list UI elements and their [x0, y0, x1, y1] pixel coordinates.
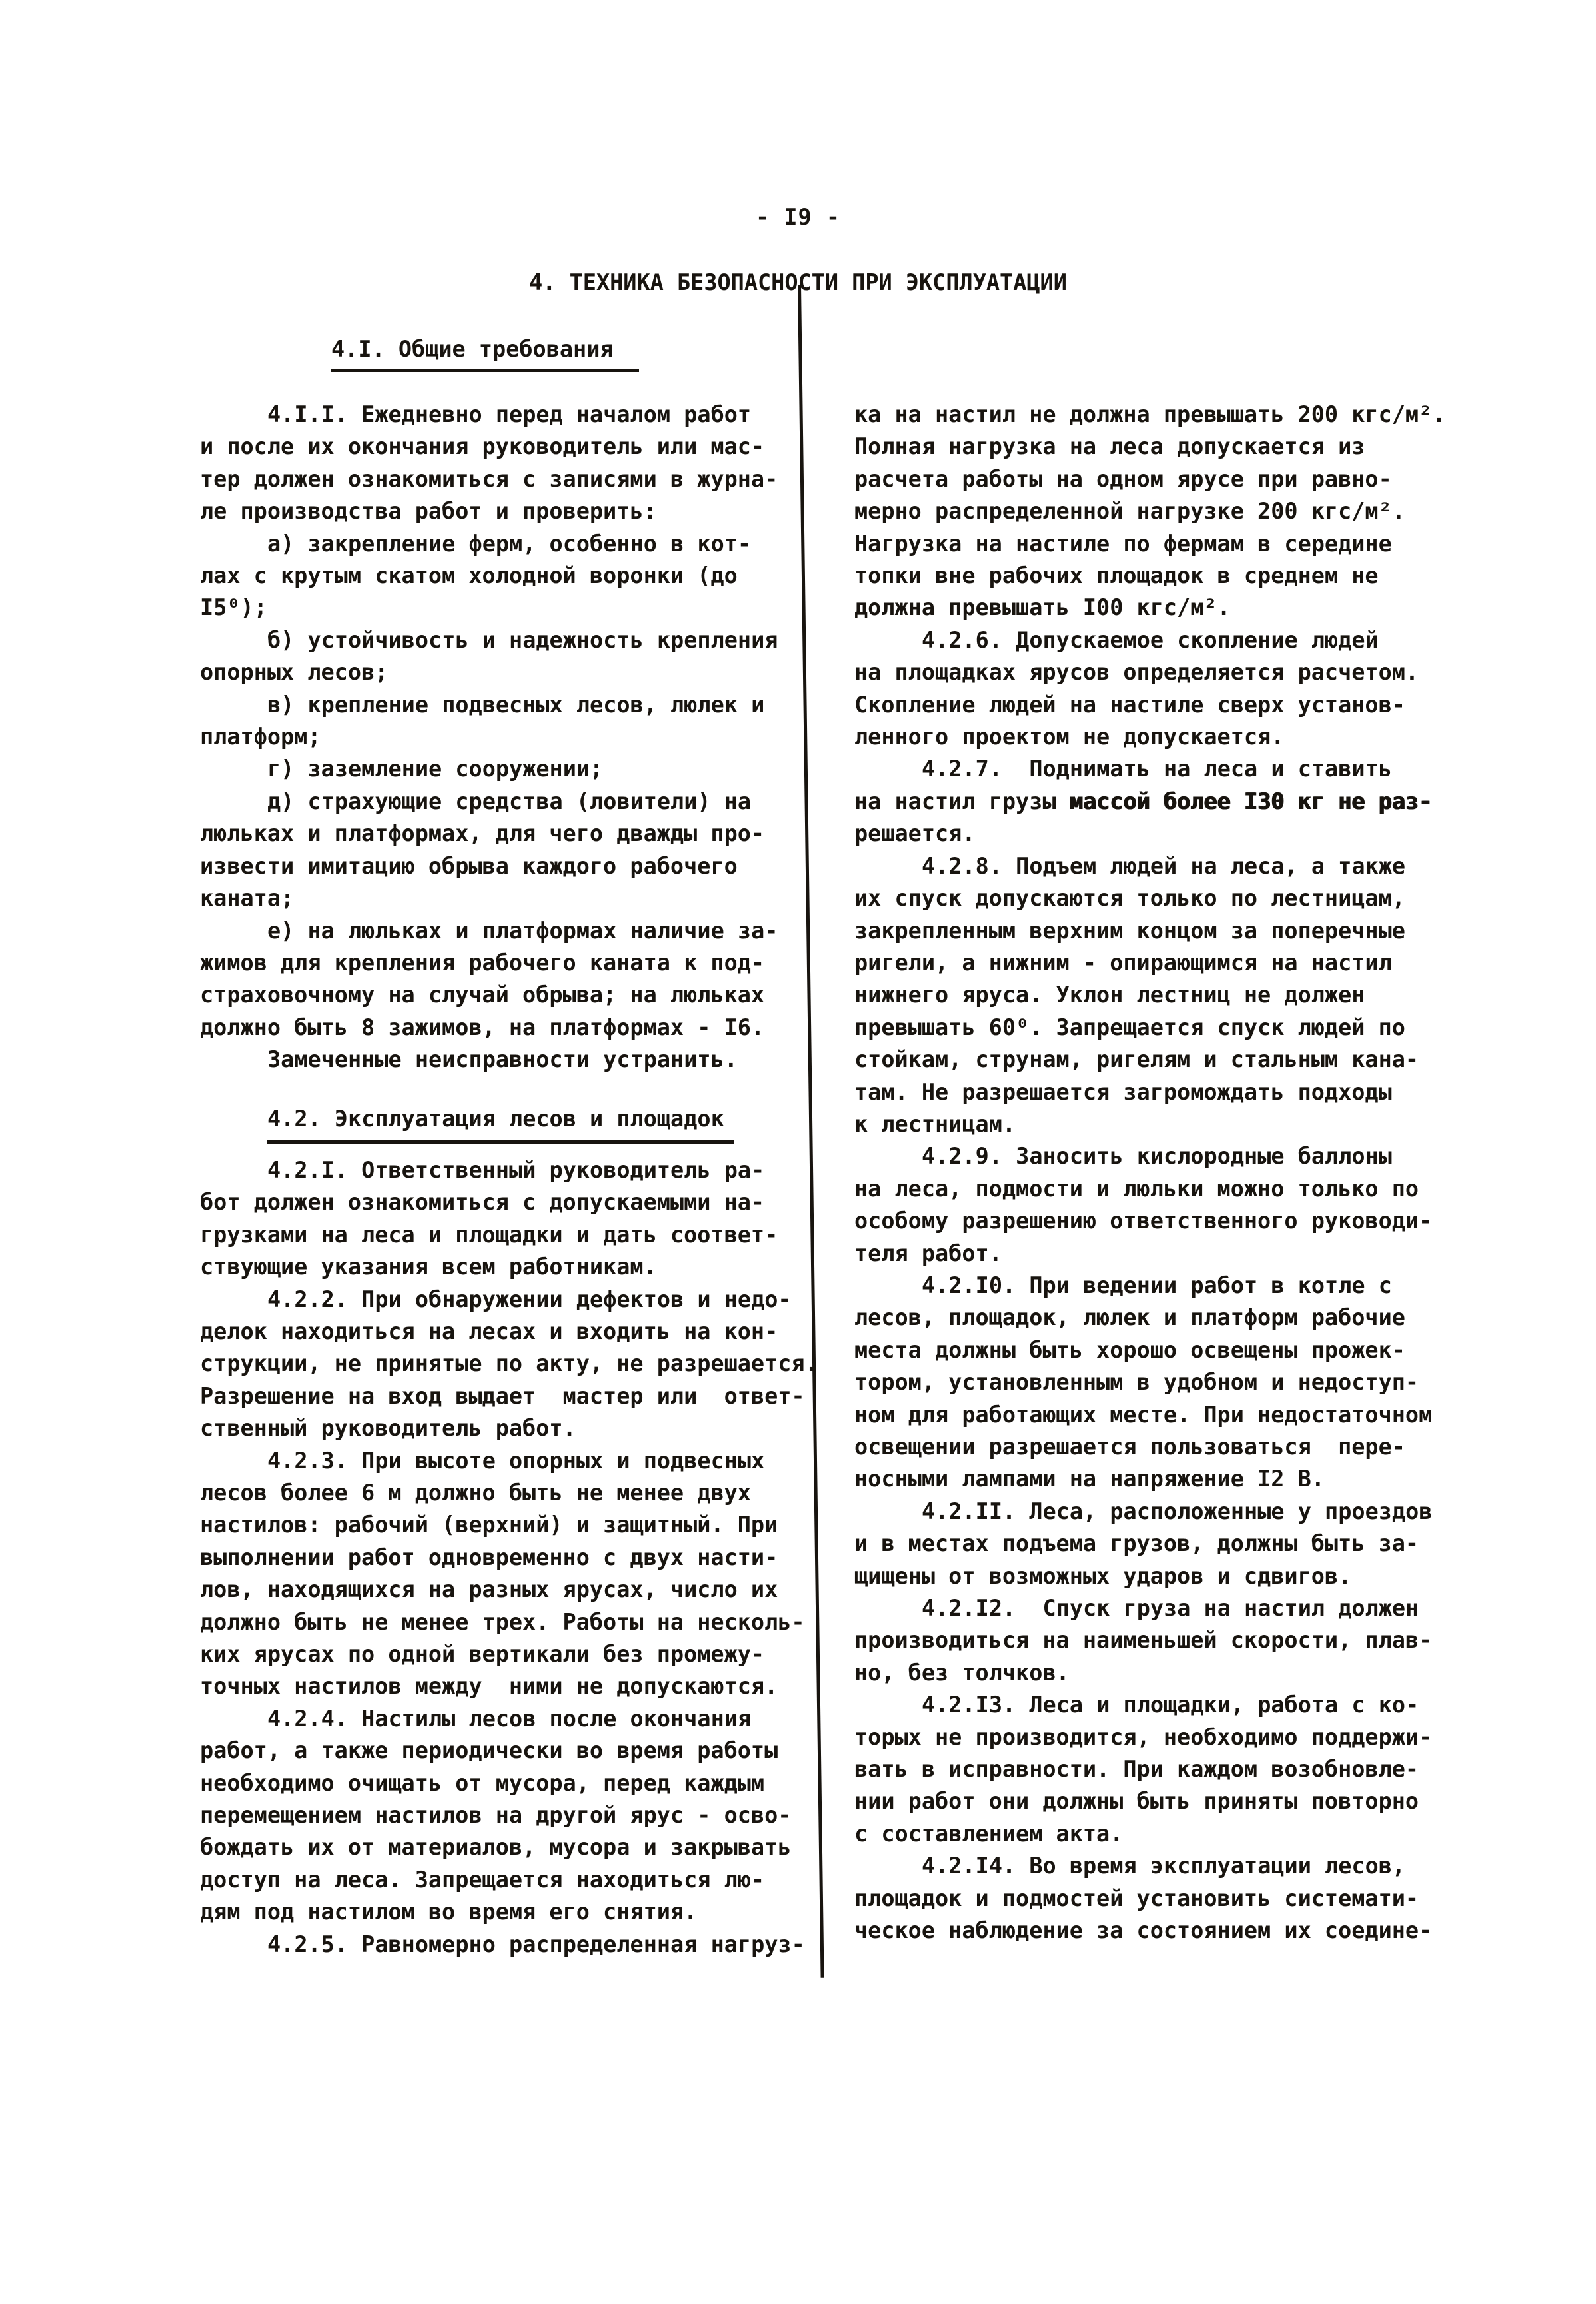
line-text: 4.2.4. Настилы лесов после окончания: [267, 1706, 751, 1731]
text-line: ствующие указания всем работникам.: [200, 1251, 820, 1283]
text-line: жимов для крепления рабочего каната к по…: [200, 947, 820, 979]
line-text: лесов, площадок, люлек и платформ рабочи…: [854, 1304, 1405, 1330]
line-text: бот должен ознакомиться с допускаемыми н…: [200, 1189, 764, 1215]
text-line: 4.I.I. Ежедневно перед началом работ: [200, 399, 820, 431]
line-text: Нагрузка на настиле по фермам в середине: [854, 531, 1392, 557]
line-text: 4.2.9. Заносить кислородные баллоны: [922, 1143, 1392, 1169]
line-text: Замеченные неисправности устранить.: [267, 1046, 738, 1072]
line-text: ка на настил не должна превышать 200 кгс…: [854, 401, 1445, 427]
line-text: 4.2.8. Подъем людей на леса, а также: [922, 853, 1405, 879]
text-line: на леса, подмости и люльки можно только …: [854, 1173, 1457, 1205]
text-line: к лестницам.: [854, 1108, 1457, 1140]
line-text: мерно распределенной нагрузке 200 кгс/м²…: [854, 498, 1405, 524]
line-text: б) устойчивость и надежность крепления: [267, 627, 778, 653]
line-text: 4.2.7. Поднимать на леса и ставить: [922, 756, 1392, 782]
line-text: 4.2.I3. Леса и площадки, работа с ко-: [922, 1692, 1419, 1718]
text-line: должно быть 8 зажимов, на платформах - I…: [200, 1012, 820, 1044]
line-text: и в местах подъема грузов, должны быть з…: [854, 1530, 1419, 1556]
line-text: люльках и платформах, для чего дважды пр…: [200, 820, 764, 846]
text-line: решается.: [854, 818, 1457, 850]
line-text: д) страхующие средства (ловители) на: [267, 788, 751, 814]
line-text: нии работ они должны быть приняты повтор…: [854, 1788, 1419, 1814]
line-text: ригели, а нижним - опирающимся на настил: [854, 950, 1392, 976]
text-line: щищены от возможных ударов и сдвигов.: [854, 1560, 1457, 1592]
text-line: торых не производится, необходимо поддер…: [854, 1722, 1457, 1753]
text-line: делок находиться на лесах и входить на к…: [200, 1316, 820, 1348]
text-line: ле производства работ и проверить:: [200, 495, 820, 527]
line-text: там. Не разрешается загромождать подходы: [854, 1079, 1392, 1105]
scanned-document-page: - I9 - 4. ТЕХНИКА БЕЗОПАСНОСТИ ПРИ ЭКСПЛ…: [0, 0, 1596, 2304]
text-line: 4.2.I3. Леса и площадки, работа с ко-: [854, 1689, 1457, 1721]
subsection-heading: 4.2. Эксплуатация лесов и площадок: [200, 1103, 820, 1144]
line-text: расчета работы на одном ярусе при равно-: [854, 466, 1392, 492]
line-text: лах с крутым скатом холодной воронки (до: [200, 563, 738, 588]
line-text: 4.2.I. Ответственный руководитель ра-: [267, 1157, 764, 1183]
text-line: опорных лесов;: [200, 656, 820, 688]
line-text: ленного проектом не допускается.: [854, 724, 1284, 750]
line-text: и после их окончания руководитель или ма…: [200, 433, 764, 459]
text-line: ственный руководитель работ.: [200, 1412, 820, 1444]
text-line: люльках и платформах, для чего дважды пр…: [200, 818, 820, 850]
text-line: дям под настилом во время его снятия.: [200, 1896, 820, 1928]
line-text: топки вне рабочих площадок в среднем не: [854, 563, 1379, 588]
text-line: ригели, а нижним - опирающимся на настил: [854, 947, 1457, 979]
line-text: ственный руководитель работ.: [200, 1415, 576, 1441]
text-line: д) страхующие средства (ловители) на: [200, 786, 820, 818]
line-text: на леса, подмости и люльки можно только …: [854, 1176, 1419, 1202]
line-text: лесов более 6 м должно быть не менее дву…: [200, 1480, 751, 1506]
line-text: торых не производится, необходимо поддер…: [854, 1724, 1432, 1750]
text-line: I5⁰);: [200, 592, 820, 624]
text-line: площадок и подмостей установить системат…: [854, 1883, 1457, 1915]
text-line: теля работ.: [854, 1238, 1457, 1270]
line-text: 4.2.I4. Во время эксплуатации лесов,: [922, 1853, 1405, 1879]
line-text: ких ярусах по одной вертикали без промеж…: [200, 1641, 764, 1667]
text-line: ленного проектом не допускается.: [854, 721, 1457, 753]
line-text: теля работ.: [854, 1240, 1002, 1266]
text-line: особому разрешению ответственного руково…: [854, 1205, 1457, 1237]
left-column: 4.I.I. Ежедневно перед началом работи по…: [200, 399, 820, 1961]
text-line: бот должен ознакомиться с допускаемыми н…: [200, 1186, 820, 1218]
page-number: - I9 -: [0, 204, 1596, 230]
line-text: ле производства работ и проверить:: [200, 498, 657, 524]
line-text: е) на люльках и платформах наличие за-: [267, 918, 778, 944]
line-text: стойкам, струнам, ригелям и стальным кан…: [854, 1046, 1419, 1072]
text-line: лесов более 6 м должно быть не менее дву…: [200, 1477, 820, 1509]
line-text: решается.: [854, 820, 976, 846]
line-text: Полная нагрузка на леса допускается из: [854, 433, 1365, 459]
line-text: с составлением акта.: [854, 1821, 1123, 1847]
line-text: вать в исправности. При каждом возобновл…: [854, 1756, 1419, 1782]
text-line: Скопление людей на настиле сверх установ…: [854, 689, 1457, 721]
line-text: к лестницам.: [854, 1111, 1016, 1137]
text-line: должно быть не менее трех. Работы на нес…: [200, 1606, 820, 1638]
line-text: каната;: [200, 885, 294, 911]
text-line: Нагрузка на настиле по фермам в середине: [854, 528, 1457, 560]
text-line: превышать 60⁰. Запрещается спуск людей п…: [854, 1012, 1457, 1044]
text-line: 4.2.2. При обнаружении дефектов и недо-: [200, 1284, 820, 1316]
line-text: ческое наблюдение за состоянием их соеди…: [854, 1917, 1432, 1943]
line-text: производиться на наименьшей скорости, пл…: [854, 1627, 1432, 1653]
text-line: б) устойчивость и надежность крепления: [200, 624, 820, 656]
line-text: лов, находящихся на разных ярусах, число…: [200, 1576, 778, 1602]
line-text: 4.2.2. При обнаружении дефектов и недо-: [267, 1286, 792, 1312]
line-text: щищены от возможных ударов и сдвигов.: [854, 1563, 1351, 1589]
text-line: Разрешение на вход выдает мастер или отв…: [200, 1380, 820, 1412]
text-line: нижнего яруса. Уклон лестниц не должен: [854, 979, 1457, 1011]
text-line: но, без толчков.: [854, 1657, 1457, 1689]
text-line: лах с крутым скатом холодной воронки (до: [200, 560, 820, 592]
line-text: струкции, не принятые по акту, не разреш…: [200, 1350, 818, 1376]
text-line: расчета работы на одном ярусе при равно-: [854, 463, 1457, 495]
text-line: нии работ они должны быть приняты повтор…: [854, 1785, 1457, 1817]
right-column: ка на настил не должна превышать 200 кгс…: [854, 399, 1457, 1947]
text-line: ких ярусах по одной вертикали без промеж…: [200, 1638, 820, 1670]
line-text: должно быть 8 зажимов, на платформах - I…: [200, 1014, 764, 1040]
text-line: работ, а также периодически во время раб…: [200, 1735, 820, 1767]
text-line: каната;: [200, 882, 820, 914]
text-line: струкции, не принятые по акту, не разреш…: [200, 1348, 820, 1380]
text-line: грузками на леса и площадки и дать соотв…: [200, 1219, 820, 1251]
line-text: носными лампами на напряжение I2 В.: [854, 1466, 1325, 1492]
line-text: освещении разрешается пользоваться пере-: [854, 1434, 1405, 1460]
text-line: топки вне рабочих площадок в среднем не: [854, 560, 1457, 592]
line-text: опорных лесов;: [200, 659, 388, 685]
section-4-1-heading: 4.I. Общие требования: [331, 336, 639, 372]
text-line: 4.2.7. Поднимать на леса и ставить: [854, 753, 1457, 785]
text-line: 4.2.I. Ответственный руководитель ра-: [200, 1154, 820, 1186]
line-text: нижнего яруса. Уклон лестниц не должен: [854, 982, 1365, 1008]
text-line: доступ на леса. Запрещается находиться л…: [200, 1864, 820, 1896]
text-line: тором, установленным в удобном и недосту…: [854, 1366, 1457, 1398]
line-text: жимов для крепления рабочего каната к по…: [200, 950, 764, 976]
text-line: г) заземление сооружении;: [200, 753, 820, 785]
line-text: должно быть не менее трех. Работы на нес…: [200, 1609, 805, 1635]
text-line: а) закрепление ферм, особенно в кот-: [200, 528, 820, 560]
text-line: выполнении работ одновременно с двух нас…: [200, 1542, 820, 1574]
line-text: доступ на леса. Запрещается находиться л…: [200, 1867, 764, 1893]
text-line: бождать их от материалов, мусора и закры…: [200, 1831, 820, 1863]
text-line: 4.2.3. При высоте опорных и подвесных: [200, 1445, 820, 1477]
line-text: их спуск допускаются только по лестницам…: [854, 885, 1405, 911]
text-line: лов, находящихся на разных ярусах, число…: [200, 1574, 820, 1606]
line-text: 4.2.II. Леса, расположенные у проездов: [922, 1498, 1432, 1524]
text-line: ческое наблюдение за состоянием их соеди…: [854, 1915, 1457, 1947]
line-text: извести имитацию обрыва каждого рабочего: [200, 853, 738, 879]
line-text: выполнении работ одновременно с двух нас…: [200, 1544, 778, 1570]
line-text: необходимо очищать от мусора, перед кажд…: [200, 1770, 764, 1796]
text-line: их спуск допускаются только по лестницам…: [854, 882, 1457, 914]
text-line: в) крепление подвесных лесов, люлек и: [200, 689, 820, 721]
line-text: особому разрешению ответственного руково…: [854, 1208, 1432, 1234]
text-line: 4.2.9. Заносить кислородные баллоны: [854, 1140, 1457, 1172]
text-line: извести имитацию обрыва каждого рабочего: [200, 850, 820, 882]
text-line: 4.2.4. Настилы лесов после окончания: [200, 1703, 820, 1735]
text-line: и после их окончания руководитель или ма…: [200, 431, 820, 463]
text-line: Замеченные неисправности устранить.: [200, 1044, 820, 1076]
line-text: тер должен ознакомиться с записями в жур…: [200, 466, 778, 492]
text-line: перемещением настилов на другой ярус - о…: [200, 1799, 820, 1831]
text-line: на площадках ярусов определяется расчето…: [854, 656, 1457, 688]
line-text: платформ;: [200, 724, 321, 750]
text-line: ном для работающих месте. При недостаточ…: [854, 1399, 1457, 1431]
text-line: платформ;: [200, 721, 820, 753]
line-text: ствующие указания всем работникам.: [200, 1254, 657, 1280]
line-text: места должны быть хорошо освещены прожек…: [854, 1337, 1405, 1363]
text-line: производиться на наименьшей скорости, пл…: [854, 1624, 1457, 1656]
line-text: 4.I.I. Ежедневно перед началом работ: [267, 401, 751, 427]
line-text: ном для работающих месте. При недостаточ…: [854, 1402, 1432, 1428]
line-text: но, без толчков.: [854, 1660, 1070, 1686]
line-text: должна превышать I00 кгс/м².: [854, 594, 1231, 620]
line-text: делок находиться на лесах и входить на к…: [200, 1318, 778, 1344]
line-text: Разрешение на вход выдает мастер или отв…: [200, 1383, 805, 1409]
text-line: настилов: рабочий (верхний) и защитный. …: [200, 1509, 820, 1541]
line-text: грузками на леса и площадки и дать соотв…: [200, 1222, 778, 1248]
line-text: в) крепление подвесных лесов, люлек и: [267, 692, 764, 718]
line-text: г) заземление сооружении;: [267, 756, 603, 782]
text-line: там. Не разрешается загромождать подходы: [854, 1076, 1457, 1108]
line-text: тором, установленным в удобном и недосту…: [854, 1369, 1419, 1395]
text-line: места должны быть хорошо освещены прожек…: [854, 1334, 1457, 1366]
line-text: 4.2.3. При высоте опорных и подвесных: [267, 1448, 764, 1474]
text-line: е) на люльках и платформах наличие за-: [200, 915, 820, 947]
text-line: 4.2.I2. Спуск груза на настил должен: [854, 1592, 1457, 1624]
text-line: на настил грузы массой более I30 кг не р…: [854, 786, 1457, 818]
line-text: превышать 60⁰. Запрещается спуск людей п…: [854, 1014, 1405, 1040]
text-line: лесов, площадок, люлек и платформ рабочи…: [854, 1302, 1457, 1334]
text-line: носными лампами на напряжение I2 В.: [854, 1463, 1457, 1495]
text-line: стойкам, струнам, ригелям и стальным кан…: [854, 1044, 1457, 1076]
text-line: необходимо очищать от мусора, перед кажд…: [200, 1767, 820, 1799]
text-line: и в местах подъема грузов, должны быть з…: [854, 1528, 1457, 1560]
text-line: должна превышать I00 кгс/м².: [854, 592, 1457, 624]
text-line: с составлением акта.: [854, 1818, 1457, 1850]
line-text: работ, а также периодически во время раб…: [200, 1737, 778, 1763]
line-text: а) закрепление ферм, особенно в кот-: [267, 531, 751, 557]
line-text: точных настилов между ними не допускаютс…: [200, 1673, 778, 1699]
text-line: 4.2.I0. При ведении работ в котле с: [854, 1270, 1457, 1302]
line-text: настилов: рабочий (верхний) и защитный. …: [200, 1512, 778, 1538]
text-line: тер должен ознакомиться с записями в жур…: [200, 463, 820, 495]
line-text: дям под настилом во время его снятия.: [200, 1899, 697, 1925]
line-text: закрепленным верхним концом за поперечны…: [854, 918, 1405, 944]
line-text: перемещением настилов на другой ярус - о…: [200, 1802, 791, 1828]
text-line: 4.2.8. Подъем людей на леса, а также: [854, 850, 1457, 882]
text-line: 4.2.I4. Во время эксплуатации лесов,: [854, 1850, 1457, 1882]
text-line: 4.2.5. Равномерно распределенная нагруз-: [200, 1929, 820, 1961]
line-text: страховочному на случай обрыва; на люльк…: [200, 982, 764, 1008]
text-line: точных настилов между ними не допускаютс…: [200, 1670, 820, 1702]
text-line: вать в исправности. При каждом возобновл…: [854, 1753, 1457, 1785]
text-line: 4.2.6. Допускаемое скопление людей: [854, 624, 1457, 656]
text-line: закрепленным верхним концом за поперечны…: [854, 915, 1457, 947]
text-line: Полная нагрузка на леса допускается из: [854, 431, 1457, 463]
line-text: 4.2.I2. Спуск груза на настил должен: [922, 1595, 1419, 1621]
line-text: I5⁰);: [200, 594, 267, 620]
text-line: освещении разрешается пользоваться пере-: [854, 1431, 1457, 1463]
line-text: массой более I30 кг не раз-: [1070, 788, 1433, 814]
line-text: бождать их от материалов, мусора и закры…: [200, 1834, 791, 1860]
line-text: Скопление людей на настиле сверх установ…: [854, 692, 1405, 718]
line-text: 4.2.I0. При ведении работ в котле с: [922, 1272, 1392, 1298]
text-line: ка на настил не должна превышать 200 кгс…: [854, 399, 1457, 431]
line-text: 4.2.5. Равномерно распределенная нагруз-: [267, 1931, 805, 1957]
subsection-heading-text: 4.2. Эксплуатация лесов и площадок: [267, 1103, 734, 1144]
text-line: мерно распределенной нагрузке 200 кгс/м²…: [854, 495, 1457, 527]
line-text: на настил грузы: [854, 788, 1070, 814]
text-line: страховочному на случай обрыва; на люльк…: [200, 979, 820, 1011]
line-text: площадок и подмостей установить системат…: [854, 1885, 1419, 1911]
line-text: на площадках ярусов определяется расчето…: [854, 659, 1419, 685]
text-line: 4.2.II. Леса, расположенные у проездов: [854, 1496, 1457, 1528]
line-text: 4.2.6. Допускаемое скопление людей: [922, 627, 1379, 653]
